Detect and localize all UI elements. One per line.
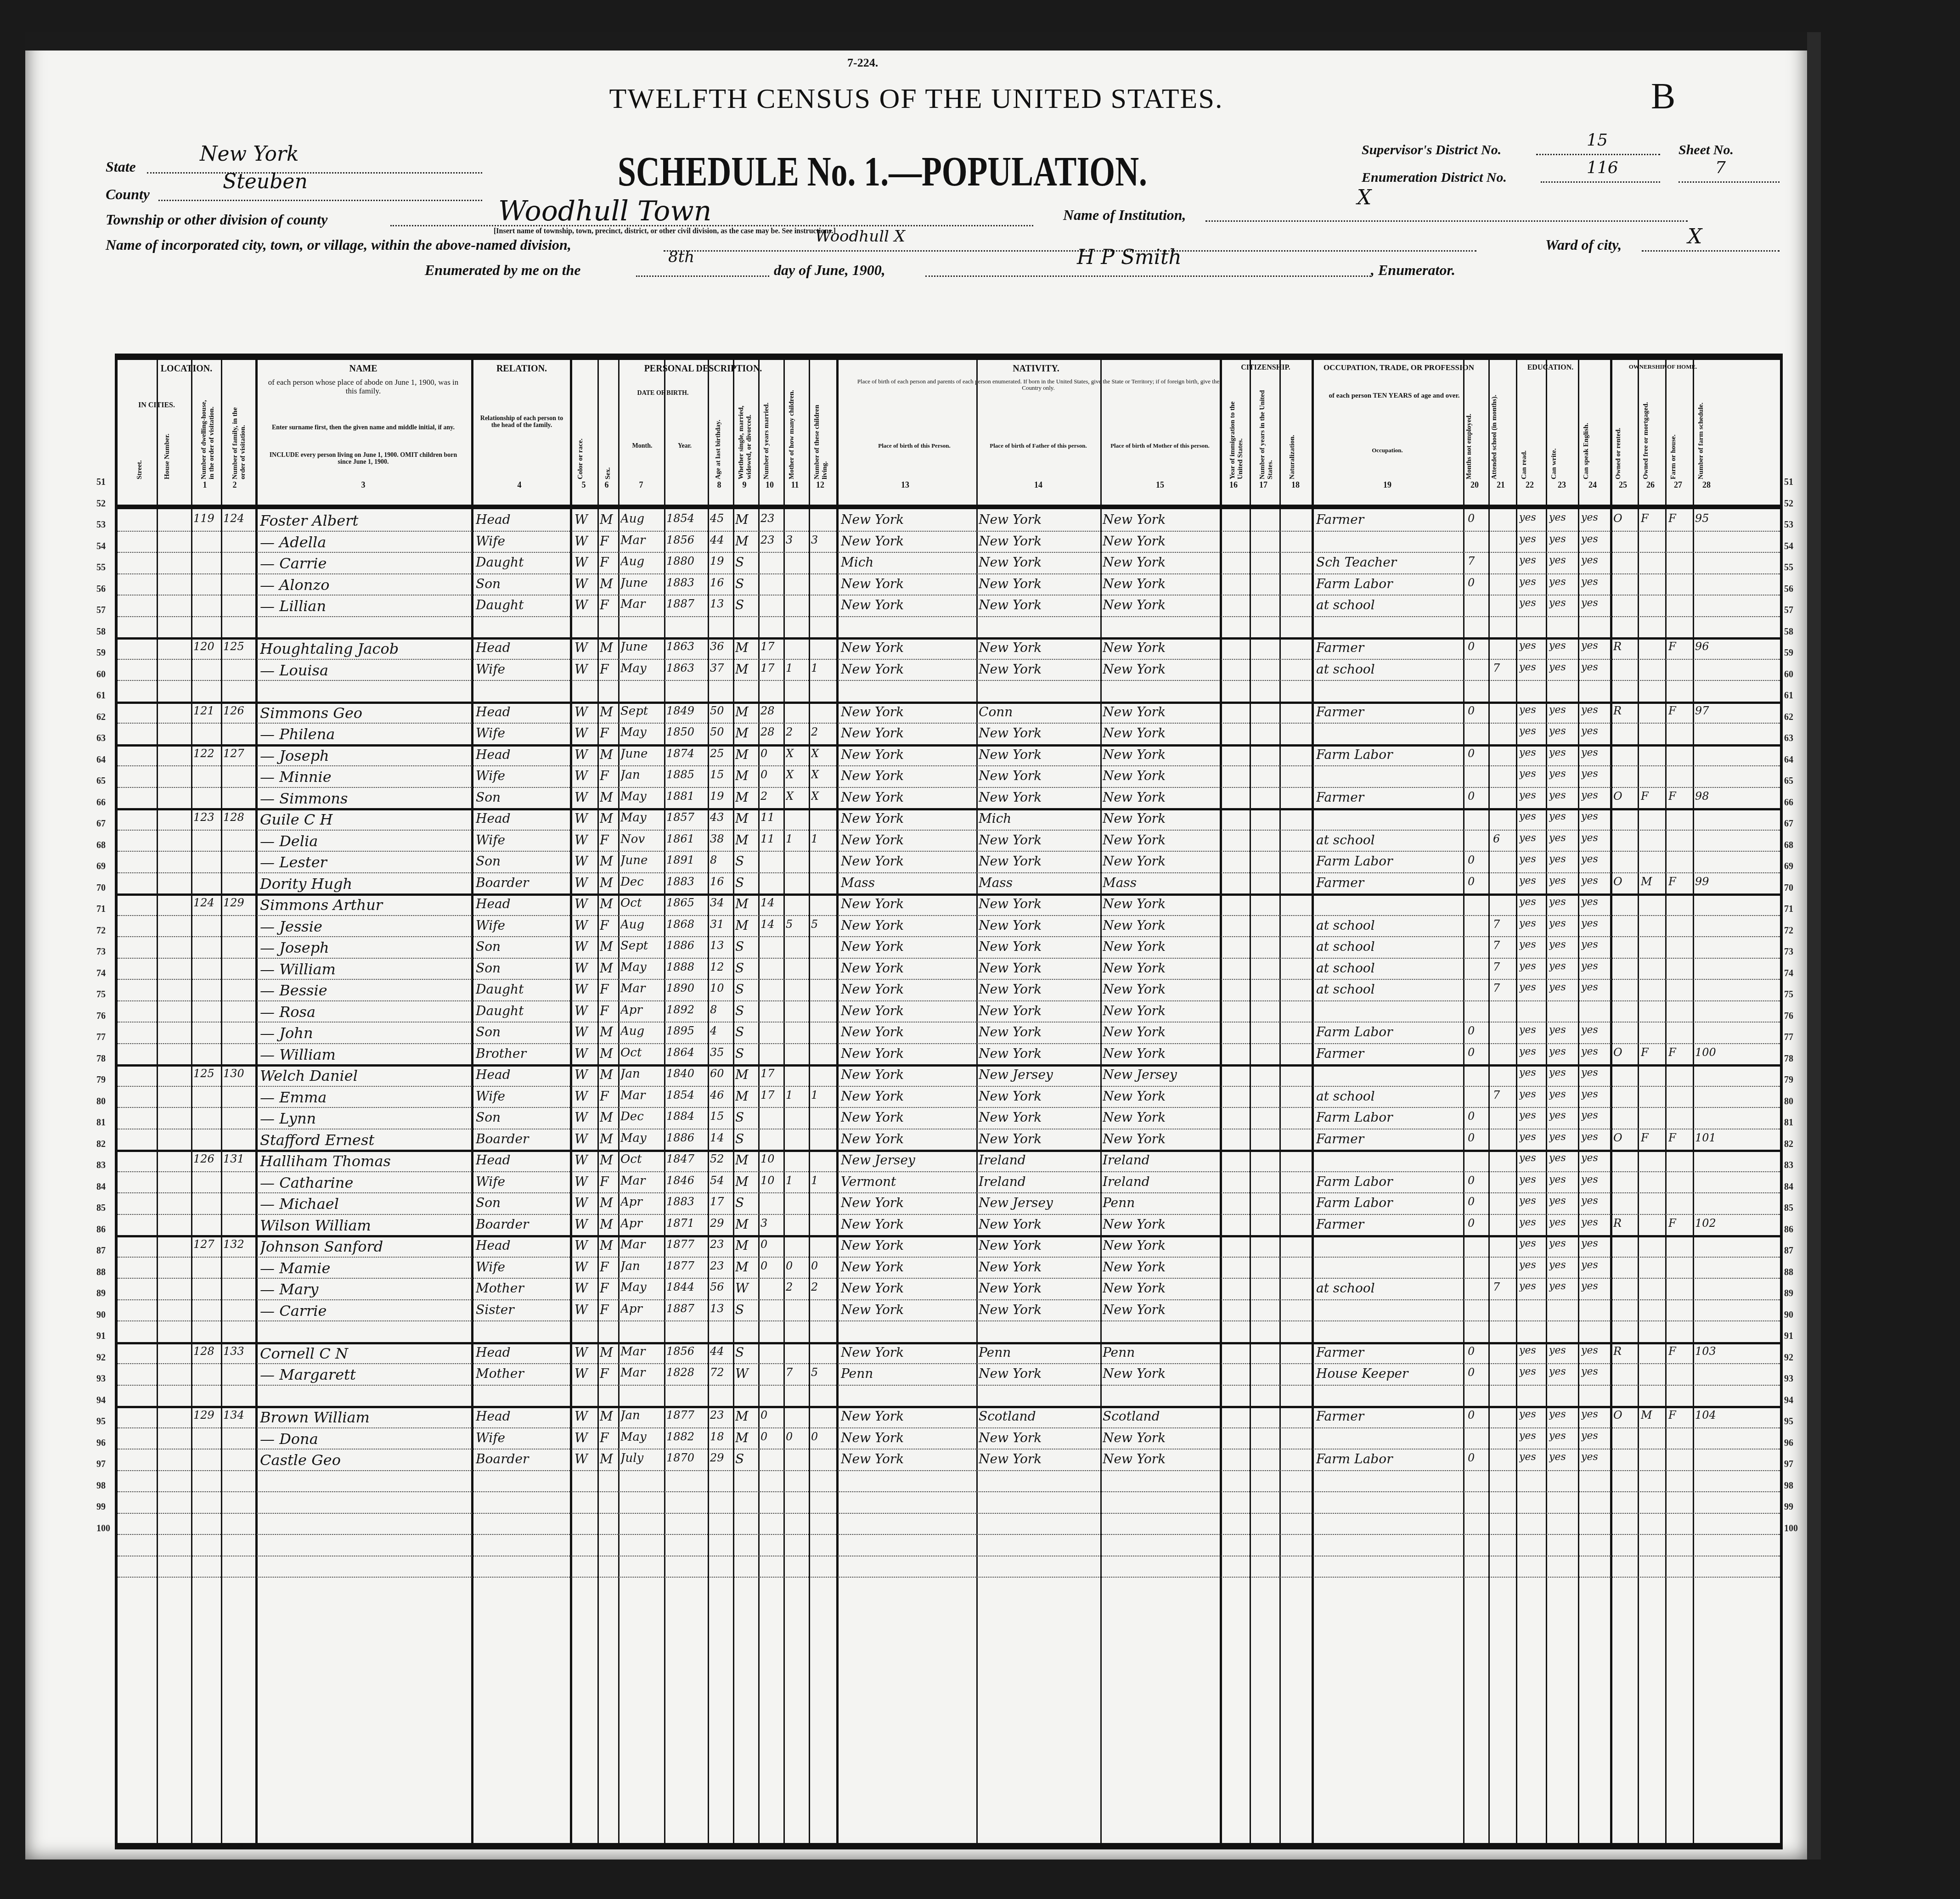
cell-dwelling: 119 <box>193 512 221 525</box>
cell-age: 52 <box>710 1152 733 1165</box>
cell-write: yes <box>1549 1046 1577 1057</box>
vheader-house-number: House Number. <box>163 429 171 479</box>
cell-pob-m: New York <box>1103 1302 1217 1317</box>
cell-write: yes <box>1549 1110 1577 1121</box>
cell-month: May <box>620 790 664 803</box>
line-number: 76 <box>96 1011 106 1022</box>
cell-age: 34 <box>710 896 733 909</box>
cell-ym: 14 <box>760 918 783 931</box>
cell-own: O <box>1613 1131 1636 1144</box>
cell-ym: 23 <box>760 534 783 546</box>
cell-color: W <box>574 576 595 591</box>
cell-write: yes <box>1549 747 1577 758</box>
column-number: 19 <box>1380 480 1394 490</box>
vheader-free-mortgaged: Owned free or mortgaged. <box>1642 388 1650 479</box>
cell-occ: at school <box>1316 662 1463 677</box>
vheader-family: Number of family, in the order of visita… <box>231 397 247 479</box>
cell-ym: 17 <box>760 1067 783 1080</box>
cell-dwelling: 125 <box>193 1067 221 1080</box>
cell-sex: F <box>600 1259 618 1275</box>
cell-pob: New York <box>841 640 974 655</box>
cell-color: W <box>574 1409 595 1424</box>
line-number: 90 <box>1784 1310 1793 1320</box>
cell-sex: M <box>600 1046 618 1061</box>
cell-dwelling: 124 <box>193 896 221 909</box>
cell-write: yes <box>1549 875 1577 887</box>
table-row <box>118 1534 1780 1556</box>
cell-read: yes <box>1519 982 1544 993</box>
cell-year: 1895 <box>666 1024 708 1037</box>
cell-pob-m: New York <box>1103 1259 1217 1275</box>
cell-own: O <box>1613 875 1636 888</box>
table-row: — LouisaWifeWFMay186337M1711New YorkNew … <box>118 659 1780 681</box>
cell-speak: yes <box>1581 747 1609 758</box>
cell-marital: M <box>735 640 758 655</box>
cell-sex: M <box>600 875 618 890</box>
cell-relation: Wife <box>476 768 568 783</box>
cell-pob-m: New York <box>1103 1238 1217 1253</box>
cell-sex: F <box>600 768 618 783</box>
cell-year: 1883 <box>666 576 708 589</box>
cell-pob-f: Ireland <box>979 1174 1098 1189</box>
cell-dwelling: 120 <box>193 640 221 653</box>
cell-pob-f: Penn <box>979 1345 1098 1360</box>
cell-relation: Mother <box>476 1366 568 1381</box>
column-number: 6 <box>600 480 614 490</box>
cell-read: yes <box>1519 1195 1544 1207</box>
cell-relation: Head <box>476 704 568 719</box>
cell-speak: yes <box>1581 1430 1609 1442</box>
line-number: 84 <box>96 1182 106 1192</box>
cell-year: 1887 <box>666 1302 708 1315</box>
cell-age: 43 <box>710 811 733 824</box>
cell-living: 0 <box>811 1259 834 1272</box>
cell-pob-f: New York <box>979 768 1098 783</box>
cell-unemp: 0 <box>1468 1451 1488 1464</box>
cell-farm: F <box>1668 1131 1691 1144</box>
cell-pob-m: New York <box>1103 939 1217 954</box>
line-number: 70 <box>96 883 106 893</box>
cell-year: 1886 <box>666 939 708 952</box>
cell-age: 8 <box>710 854 733 866</box>
cell-pob: New York <box>841 811 974 826</box>
cell-occ: at school <box>1316 982 1463 997</box>
line-number: 62 <box>1784 712 1793 723</box>
cell-write: yes <box>1549 1409 1577 1420</box>
state-line <box>147 172 482 174</box>
cell-speak: yes <box>1581 1409 1609 1420</box>
cell-family: 125 <box>223 640 253 653</box>
cell-year: 1887 <box>666 597 708 610</box>
cell-color: W <box>574 939 595 954</box>
cell-month: Aug <box>620 918 664 932</box>
cell-ym: 2 <box>760 790 783 803</box>
column-number: 27 <box>1671 480 1685 490</box>
cell-relation: Wife <box>476 1089 568 1104</box>
cell-year: 1877 <box>666 1259 708 1272</box>
cell-sched: 99 <box>1695 875 1727 888</box>
vheader-can-read: Can read. <box>1521 388 1528 479</box>
cell-month: Dec <box>620 1110 664 1124</box>
table-row: Dority HughBoarderWMDec188316SMassMassMa… <box>118 872 1780 896</box>
cell-pob: New York <box>841 1451 974 1466</box>
cell-farm: F <box>1668 512 1691 525</box>
cell-year: 1890 <box>666 982 708 994</box>
cell-color: W <box>574 918 595 933</box>
cell-free: M <box>1641 1409 1664 1421</box>
cell-year: 1840 <box>666 1067 708 1080</box>
line-number: 58 <box>1784 627 1793 637</box>
cell-month: Apr <box>620 1195 664 1209</box>
column-number: 21 <box>1494 480 1508 490</box>
cell-month: May <box>620 1281 664 1294</box>
cell-family: 127 <box>223 747 253 760</box>
cell-sex: M <box>600 1152 618 1168</box>
cell-name: Simmons Geo <box>260 704 471 722</box>
cell-year: 1865 <box>666 896 708 909</box>
cell-age: 23 <box>710 1259 733 1272</box>
cell-family: 124 <box>223 512 253 525</box>
cell-write: yes <box>1549 1366 1577 1377</box>
cell-write: yes <box>1549 1067 1577 1079</box>
vheader-can-speak-english: Can speak English. <box>1583 388 1590 479</box>
cell-write: yes <box>1549 1195 1577 1207</box>
header-location: LOCATION. <box>118 364 255 374</box>
line-number: 93 <box>96 1374 106 1384</box>
cell-write: yes <box>1549 1024 1577 1036</box>
cell-marital: S <box>735 1195 758 1210</box>
line-number: 57 <box>96 605 106 616</box>
line-number: 89 <box>1784 1288 1793 1299</box>
print-mark: 0—49 <box>227 1843 243 1851</box>
cell-name: — Carrie <box>260 555 471 572</box>
cell-marital: S <box>735 961 758 976</box>
line-number: 93 <box>1784 1374 1793 1384</box>
cell-living: 2 <box>811 725 834 738</box>
cell-color: W <box>574 1430 595 1445</box>
cell-marital: S <box>735 597 758 612</box>
cell-marital: M <box>735 1259 758 1275</box>
cell-pob: New York <box>841 747 974 762</box>
cell-ym: 14 <box>760 896 783 909</box>
cell-year: 1828 <box>666 1366 708 1379</box>
cell-pob-f: Mass <box>979 875 1098 890</box>
column-number: 18 <box>1289 480 1302 490</box>
line-number: 75 <box>1784 989 1793 1000</box>
cell-pob: New York <box>841 534 974 549</box>
cell-pob-m: New York <box>1103 576 1217 591</box>
cell-pob-m: Penn <box>1103 1345 1217 1360</box>
cell-ym: 17 <box>760 1089 783 1101</box>
cell-color: W <box>574 1174 595 1189</box>
cell-mother: 1 <box>786 832 809 845</box>
table-row: 127132Johnson SanfordHeadWMMar187723M0Ne… <box>118 1235 1780 1258</box>
cell-marital: M <box>735 1238 758 1253</box>
cell-speak: yes <box>1581 1046 1609 1057</box>
cell-pob-m: New York <box>1103 597 1217 612</box>
cell-speak: yes <box>1581 939 1609 950</box>
table-row <box>118 1513 1780 1535</box>
cell-speak: yes <box>1581 704 1609 716</box>
line-number: 82 <box>96 1139 106 1150</box>
line-number: 100 <box>96 1523 110 1534</box>
vheader-color: Color or race. <box>577 415 585 479</box>
cell-name: Wilson William <box>260 1217 471 1234</box>
cell-relation: Head <box>476 811 568 826</box>
cell-marital: M <box>735 662 758 677</box>
cell-pob-m: New York <box>1103 1217 1217 1232</box>
vheader-owned-rented: Owned or rented. <box>1615 388 1622 479</box>
cell-pob: New York <box>841 1089 974 1104</box>
cell-pob: New York <box>841 918 974 933</box>
cell-marital: M <box>735 790 758 805</box>
line-number: 85 <box>1784 1203 1793 1214</box>
cell-ym: 11 <box>760 832 783 845</box>
cell-marital: M <box>735 1430 758 1445</box>
cell-read: yes <box>1519 512 1544 523</box>
cell-pob: New York <box>841 982 974 997</box>
cell-pob: New York <box>841 1217 974 1232</box>
cell-write: yes <box>1549 576 1577 588</box>
cell-pob-m: New York <box>1103 1281 1217 1296</box>
vheader-dwelling: Number of dwelling-house, in the order o… <box>200 397 216 479</box>
cell-month: May <box>620 662 664 675</box>
cell-color: W <box>574 597 595 612</box>
cell-pob: New York <box>841 1195 974 1210</box>
line-number: 77 <box>96 1032 106 1043</box>
cell-marital: S <box>735 939 758 954</box>
cell-occ: Farm Labor <box>1316 747 1463 762</box>
cell-age: 16 <box>710 576 733 589</box>
cell-pob-f: Conn <box>979 704 1098 719</box>
cell-relation: Wife <box>476 534 568 549</box>
cell-write: yes <box>1549 1217 1577 1228</box>
vheader-children-living: Number of these children living. <box>813 388 829 479</box>
cell-sex: F <box>600 534 618 549</box>
column-number: 26 <box>1644 480 1657 490</box>
cell-age: 25 <box>710 747 733 760</box>
cell-pob: New York <box>841 1409 974 1424</box>
line-number: 65 <box>96 776 106 787</box>
cell-dwelling: 122 <box>193 747 221 760</box>
table-row: — DeliaWifeWFNov186138M1111New YorkNew Y… <box>118 830 1780 852</box>
enumerator-signature: H P Smith <box>1077 246 1182 269</box>
cell-ym: 0 <box>760 1430 783 1443</box>
cell-pob-m: New York <box>1103 640 1217 655</box>
cell-age: 38 <box>710 832 733 845</box>
cell-pob-m: New York <box>1103 918 1217 933</box>
cell-mother: X <box>786 790 809 803</box>
cell-mother: 1 <box>786 1174 809 1187</box>
cell-occ: Farm Labor <box>1316 576 1463 591</box>
header-citizenship: CITIZENSHIP. <box>1220 364 1312 372</box>
cell-pob: New York <box>841 1003 974 1018</box>
cell-relation: Head <box>476 747 568 762</box>
cell-pob-m: New York <box>1103 1131 1217 1146</box>
header-occupation-sub: Occupation. <box>1312 447 1463 454</box>
table-row: — LynnSonWMDec188415SNew YorkNew YorkNew… <box>118 1107 1780 1129</box>
table-row: — WilliamBrotherWMOct186435SNew YorkNew … <box>118 1043 1780 1067</box>
cell-relation: Son <box>476 854 568 869</box>
cell-speak: yes <box>1581 1195 1609 1207</box>
cell-mother: X <box>786 747 809 760</box>
line-number: 67 <box>1784 819 1793 829</box>
line-number: 87 <box>1784 1246 1793 1256</box>
line-number: 95 <box>96 1416 106 1427</box>
cell-read: yes <box>1519 576 1544 588</box>
cell-occ: Farmer <box>1316 1046 1463 1061</box>
cell-name: — William <box>260 1046 471 1063</box>
cell-farm: F <box>1668 704 1691 717</box>
cell-marital: S <box>735 1046 758 1061</box>
cell-write: yes <box>1549 961 1577 972</box>
cell-pob-f: New York <box>979 1259 1098 1275</box>
cell-pob-m: Penn <box>1103 1195 1217 1210</box>
table-row: — EmmaWifeWFMar185446M1711New YorkNew Yo… <box>118 1086 1780 1108</box>
cell-occ: Farmer <box>1316 1217 1463 1232</box>
header-relation-desc: Relationship of each person to the head … <box>478 415 565 429</box>
line-number: 87 <box>96 1246 106 1256</box>
cell-year: 1854 <box>666 512 708 525</box>
column-number: 15 <box>1153 480 1167 490</box>
cell-color: W <box>574 896 595 911</box>
cell-month: Oct <box>620 896 664 910</box>
cell-color: W <box>574 1110 595 1125</box>
cell-marital: M <box>735 1409 758 1424</box>
cell-occ: Farmer <box>1316 790 1463 805</box>
cell-ym: 10 <box>760 1152 783 1165</box>
supervisor-district-value: 15 <box>1587 131 1608 150</box>
cell-relation: Head <box>476 1345 568 1360</box>
cell-color: W <box>574 1217 595 1232</box>
cell-unemp: 7 <box>1468 555 1488 567</box>
cell-read: yes <box>1519 896 1544 908</box>
cell-pob: New York <box>841 662 974 677</box>
table-row: — RosaDaughtWFApr18928SNew YorkNew YorkN… <box>118 1000 1780 1023</box>
vheader-naturalization: Naturalization. <box>1289 388 1296 479</box>
column-number: 8 <box>712 480 726 490</box>
cell-living: 0 <box>811 1430 834 1443</box>
cell-speak: yes <box>1581 1345 1609 1356</box>
cell-relation: Wife <box>476 1259 568 1275</box>
cell-name: — John <box>260 1024 471 1042</box>
line-number: 92 <box>96 1353 106 1363</box>
cell-read: yes <box>1519 662 1544 673</box>
cell-pob: New York <box>841 1024 974 1039</box>
cell-sex: M <box>600 1238 618 1253</box>
cell-speak: yes <box>1581 534 1609 545</box>
line-number: 82 <box>1784 1139 1793 1150</box>
line-number: 78 <box>1784 1054 1793 1064</box>
cell-occ: Farmer <box>1316 1345 1463 1360</box>
cell-color: W <box>574 768 595 783</box>
cell-sex: F <box>600 1302 618 1317</box>
cell-pob-f: New Jersey <box>979 1195 1098 1210</box>
cell-name: — Joseph <box>260 747 471 764</box>
cell-name: — Minnie <box>260 768 471 786</box>
line-number: 98 <box>96 1481 106 1491</box>
cell-color: W <box>574 747 595 762</box>
cell-family: 129 <box>223 896 253 909</box>
cell-month: Dec <box>620 875 664 889</box>
cell-pob: New York <box>841 1046 974 1061</box>
cell-color: W <box>574 640 595 655</box>
table-row: Stafford ErnestBoarderWMMay188614SNew Yo… <box>118 1129 1780 1152</box>
cell-occ: at school <box>1316 918 1463 933</box>
column-number: 17 <box>1256 480 1270 490</box>
cell-farm: F <box>1668 1409 1691 1421</box>
cell-relation: Daught <box>476 1003 568 1018</box>
cell-write: yes <box>1549 640 1577 652</box>
line-number: 57 <box>1784 605 1793 616</box>
cell-pob-f: New York <box>979 918 1098 933</box>
cell-age: 54 <box>710 1174 733 1187</box>
cell-speak: yes <box>1581 1259 1609 1271</box>
cell-speak: yes <box>1581 1238 1609 1249</box>
cell-pob: Vermont <box>841 1174 974 1189</box>
cell-color: W <box>574 790 595 805</box>
cell-school: 6 <box>1493 832 1516 845</box>
line-number: 59 <box>96 648 106 658</box>
cell-relation: Head <box>476 1238 568 1253</box>
cell-sex: F <box>600 1003 618 1018</box>
cell-color: W <box>574 1152 595 1168</box>
cell-pob-m: New Jersey <box>1103 1067 1217 1082</box>
cell-month: Mar <box>620 982 664 995</box>
cell-year: 1856 <box>666 534 708 546</box>
cell-mother: 7 <box>786 1366 809 1379</box>
cell-pob: Penn <box>841 1366 974 1381</box>
cell-pob-m: New York <box>1103 555 1217 570</box>
cell-month: Apr <box>620 1003 664 1017</box>
table-row: — CarrieSisterWFApr188713SNew YorkNew Yo… <box>118 1299 1780 1322</box>
cell-name: Dority Hugh <box>260 875 471 893</box>
cell-speak: yes <box>1581 854 1609 865</box>
line-number: 86 <box>1784 1225 1793 1235</box>
cell-name: Castle Geo <box>260 1451 471 1469</box>
table-row: — MinnieWifeWFJan188515M0XXNew YorkNew Y… <box>118 765 1780 788</box>
cell-month: Sept <box>620 704 664 718</box>
sheet-letter: B <box>1651 76 1675 118</box>
cell-living: 1 <box>811 832 834 845</box>
enumerator-line <box>925 275 1371 277</box>
cell-pob-m: New York <box>1103 832 1217 848</box>
cell-sex: F <box>600 1174 618 1189</box>
line-number: 76 <box>1784 1011 1793 1022</box>
cell-pob-f: New York <box>979 854 1098 869</box>
cell-year: 1870 <box>666 1451 708 1464</box>
line-number: 52 <box>96 499 106 509</box>
cell-occ: at school <box>1316 1281 1463 1296</box>
cell-write: yes <box>1549 1345 1577 1356</box>
cell-relation: Boarder <box>476 875 568 890</box>
cell-speak: yes <box>1581 811 1609 822</box>
line-number: 70 <box>1784 883 1793 893</box>
cell-pob-f: New York <box>979 961 1098 976</box>
cell-relation: Daught <box>476 555 568 570</box>
cell-read: yes <box>1519 725 1544 737</box>
cell-pob: New York <box>841 854 974 869</box>
cell-sex: M <box>600 576 618 591</box>
cell-unemp: 0 <box>1468 512 1488 525</box>
cell-unemp: 0 <box>1468 854 1488 866</box>
cell-sex: F <box>600 555 618 570</box>
cell-free: F <box>1641 512 1664 525</box>
cell-month: Jan <box>620 1409 664 1422</box>
column-number: 10 <box>763 480 777 490</box>
cell-read: yes <box>1519 918 1544 929</box>
cell-write: yes <box>1549 662 1577 673</box>
